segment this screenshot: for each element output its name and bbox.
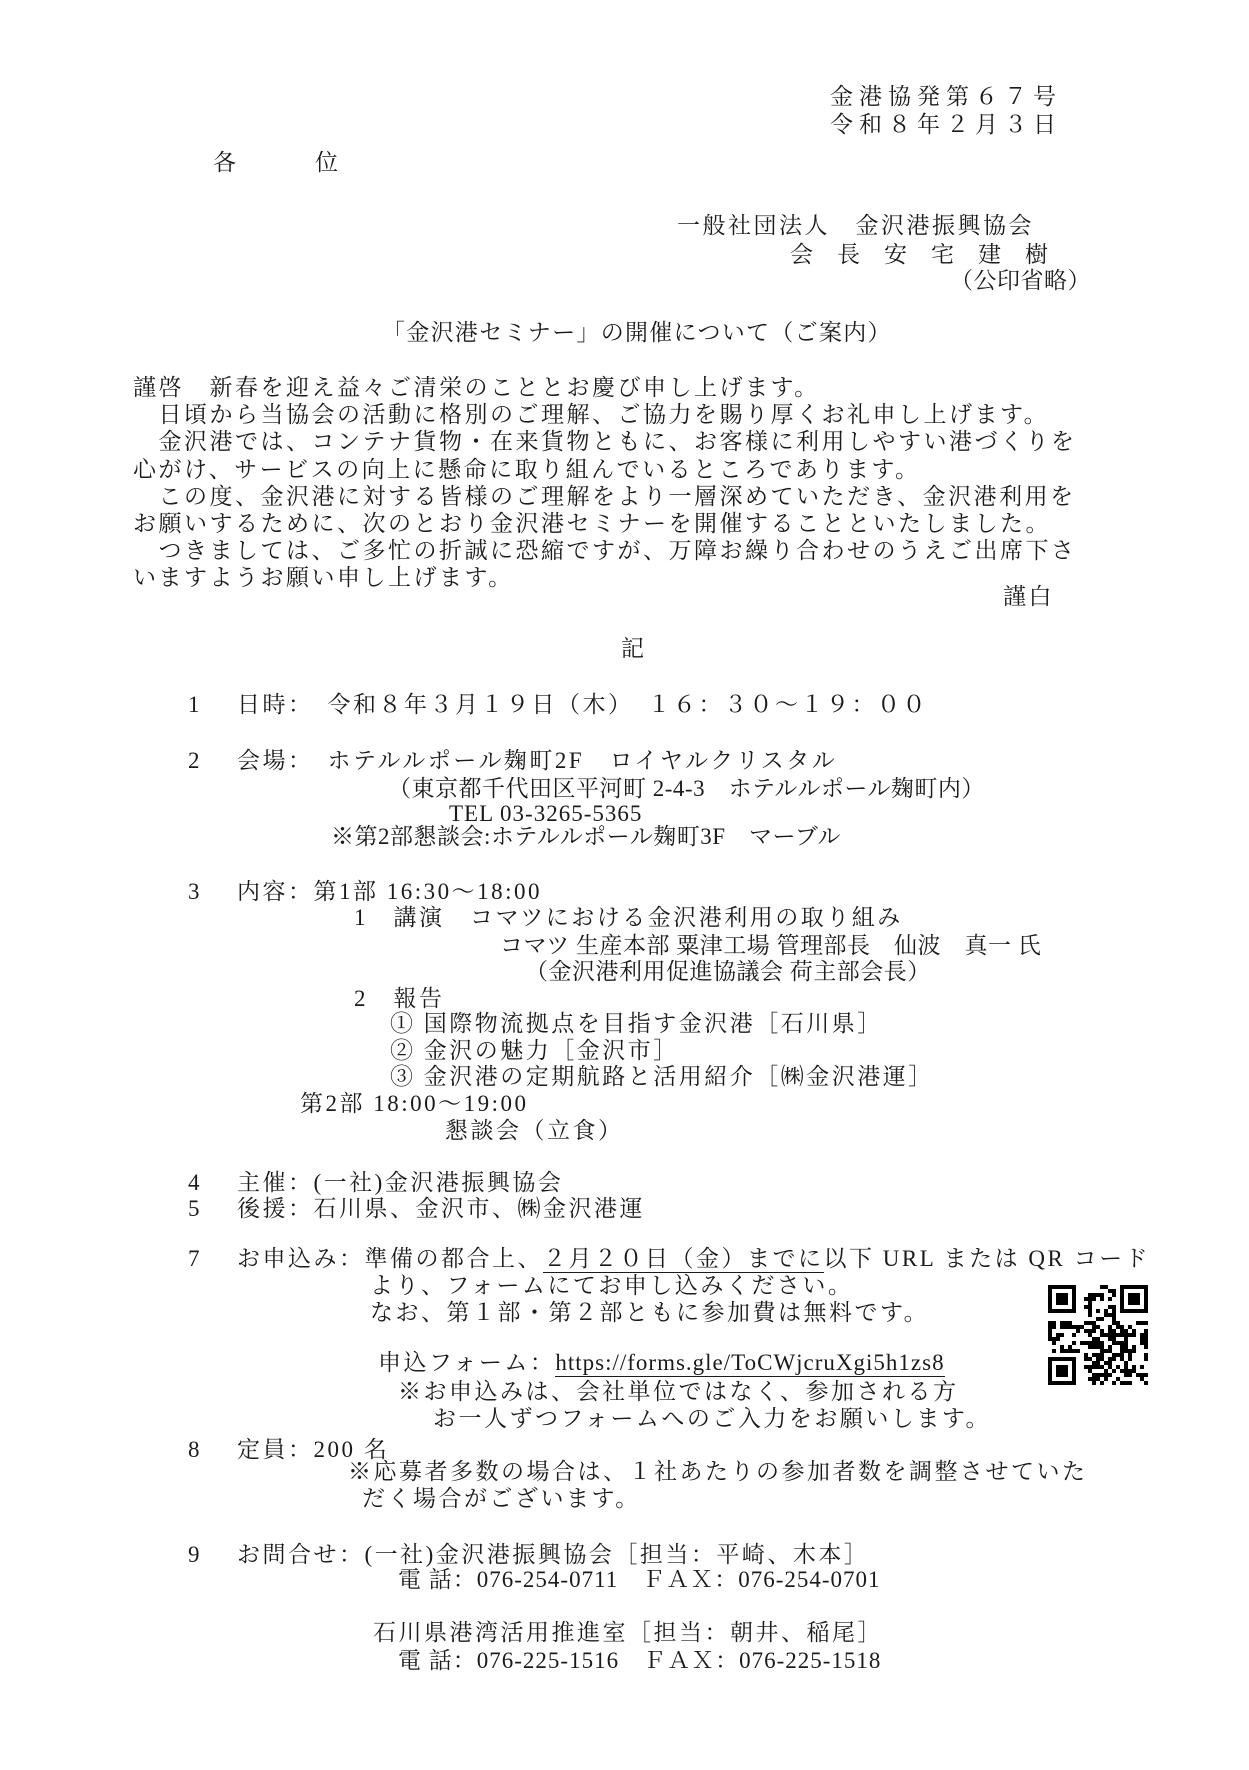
- body-line: いますようお願い申し上げます。: [133, 565, 514, 591]
- apply-pre: お申込み：準備の都合上、: [237, 1246, 543, 1271]
- sender-name: 会 長 安 宅 建 樹: [790, 242, 1049, 268]
- body-line: つきましては、ご多忙の折誠に恐縮ですが、万障お繰り合わせのうえご出席下さ: [133, 538, 1077, 564]
- venue-address: （東京都千代田区平河町 2-4-3 ホテルルポール麹町内）: [388, 776, 985, 802]
- body-line: この度、金沢港に対する皆様のご理解をより一層深めていただき、金沢港利用を: [133, 484, 1076, 510]
- item-organizer: 主催：(一社)金沢港振興協会: [237, 1170, 563, 1196]
- venue-note: ※第2部懇談会:ホテルルポール麹町3F マーブル: [331, 824, 841, 850]
- inquiry-tel-1: 電 話：076-254-0711 ＦＡＸ：076-254-0701: [398, 1567, 881, 1593]
- contents-lecture: 1 講演 コマツにおける金沢港利用の取り組み: [354, 905, 903, 931]
- apply-deadline: ２月２０日（金）までに: [543, 1246, 824, 1273]
- contents-report-2: ② 金沢の魅力［金沢市］: [390, 1038, 679, 1064]
- item-number: 9: [188, 1542, 202, 1568]
- item-inquiry: お問合せ：(一社)金沢港振興協会［担当：平崎、木本］: [237, 1542, 869, 1568]
- item-number: 3: [188, 879, 202, 905]
- sender-org: 一般社団法人 金沢港振興協会: [677, 213, 1034, 239]
- inquiry-contact-2: 石川県港湾活用推進室［担当：朝井、稲尾］: [373, 1620, 883, 1646]
- item-number: 1: [188, 692, 202, 718]
- item-number: 8: [188, 1437, 202, 1463]
- item-contents: 内容：第1部 16:30～18:00: [237, 879, 542, 905]
- body-line: 金沢港では、コンテナ貨物・在来貨物ともに、お客様に利用しやすい港づくりを: [133, 429, 1077, 455]
- item-apply: お申込み：準備の都合上、２月２０日（金）までに以下 URL または QR コード: [237, 1246, 1150, 1272]
- item-number: 4: [188, 1170, 202, 1196]
- apply-note-2: お一人ずつフォームへのご入力をお願いします。: [433, 1406, 991, 1432]
- apply-note-1: ※お申込みは、会社単位ではなく、参加される方: [398, 1379, 959, 1405]
- seal-note: （公印省略）: [950, 268, 1091, 294]
- contents-report-1: ① 国際物流拠点を目指す金沢港［石川県］: [390, 1011, 883, 1037]
- document-title: 「金沢港セミナー」の開催について（ご案内）: [382, 320, 892, 346]
- body-line: 日頃から当協会の活動に格別のご理解、ご協力を賜り厚くお礼申し上げます。: [133, 402, 1049, 428]
- body-line: 心がけ、サービスの向上に懸命に取り組んでいるところであります。: [133, 457, 921, 483]
- apply-post: 以下 URL または QR コード: [824, 1246, 1151, 1271]
- contents-part2: 第2部 18:00～19:00: [300, 1091, 529, 1117]
- addressee: 各 位: [213, 150, 341, 176]
- qr-code: [1048, 1285, 1148, 1385]
- contents-party: 懇談会（立食）: [445, 1118, 624, 1144]
- item-datetime: 日時： 令和８年３月１９日（木） １６：３０～１９：００: [237, 692, 928, 718]
- contents-speaker: コマツ 生産本部 粟津工場 管理部長 仙波 真一 氏: [500, 933, 1041, 959]
- contents-report: 2 報告: [354, 986, 445, 1012]
- closing-word: 謹白: [1003, 584, 1054, 610]
- application-form-line: 申込フォーム：https://forms.gle/ToCWjcruXgi5h1z…: [378, 1350, 945, 1376]
- item-supporters: 後援：石川県、金沢市、㈱金沢港運: [237, 1196, 645, 1222]
- application-form-url[interactable]: https://forms.gle/ToCWjcruXgi5h1zs8: [555, 1350, 944, 1377]
- capacity-note-1: ※応募者多数の場合は、１社あたりの参加者数を調整させていた: [348, 1459, 1088, 1485]
- item-number: 2: [188, 748, 202, 774]
- letter-page: 金港協発第６７号 令和８年２月３日 各 位 一般社団法人 金沢港振興協会 会 長…: [0, 0, 1249, 1770]
- apply-line2: より、フォームにてお申し込みください。: [370, 1273, 853, 1299]
- capacity-note-2: だく場合がございます。: [362, 1486, 641, 1512]
- notice-marker: 記: [621, 636, 647, 662]
- issue-date: 令和８年２月３日: [830, 112, 1062, 138]
- doc-number: 金港協発第６７号: [830, 84, 1062, 110]
- item-number: 5: [188, 1196, 202, 1222]
- contents-speaker-title: （金沢港利用促進協議会 荷主部会長）: [525, 959, 931, 985]
- body-line: 謹啓 新春を迎え益々ご清栄のこととお慶び申し上げます。: [133, 375, 820, 401]
- contents-report-3: ③ 金沢港の定期航路と活用紹介［㈱金沢港運］: [390, 1064, 934, 1090]
- item-number: 7: [188, 1246, 202, 1272]
- application-form-label: 申込フォーム：: [378, 1350, 555, 1375]
- inquiry-tel-2: 電 話：076-225-1516 ＦＡＸ：076-225-1518: [398, 1648, 881, 1674]
- apply-line3: なお、第１部・第２部ともに参加費は無料です。: [370, 1300, 929, 1326]
- item-venue: 会場： ホテルルポール麹町2F ロイヤルクリスタル: [237, 748, 837, 774]
- body-line: お願いするために、次のとおり金沢港セミナーを開催することといたしました。: [133, 511, 1051, 537]
